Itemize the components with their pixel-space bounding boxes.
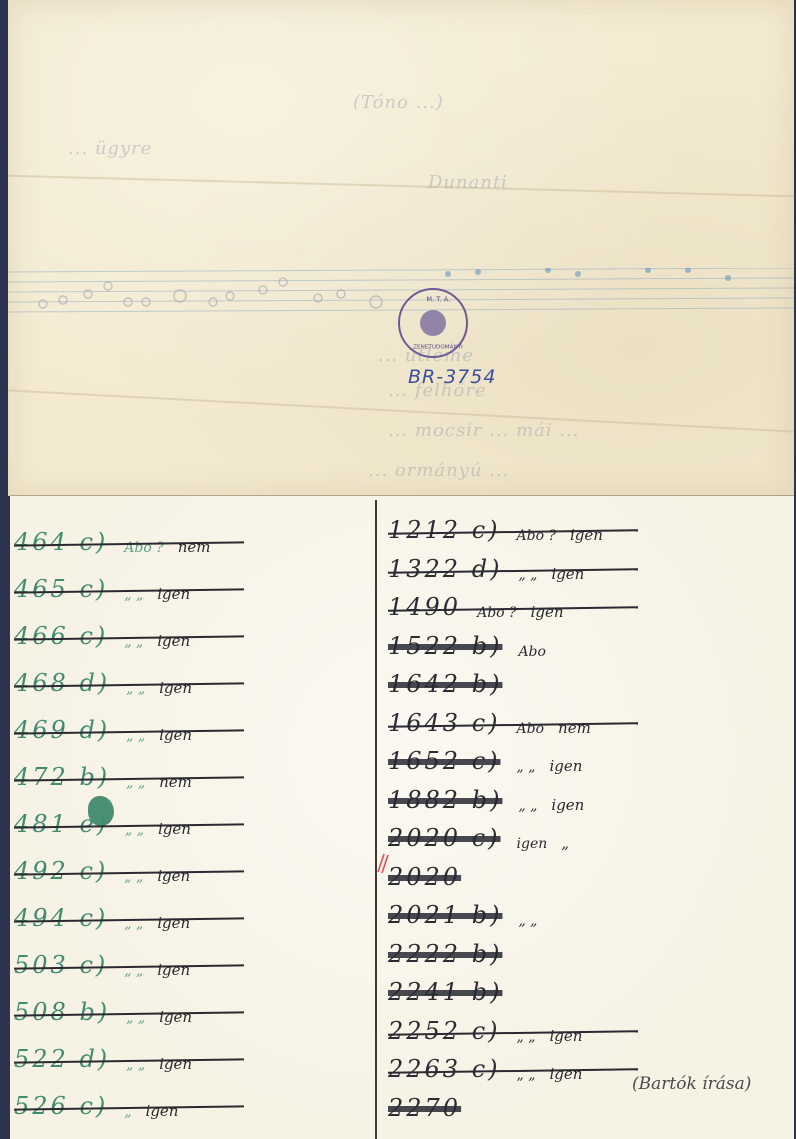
- entry-answer: igen: [549, 1065, 582, 1083]
- list-item: 503 c)„ „igen: [14, 953, 190, 979]
- entry-number: 472 b): [14, 763, 110, 791]
- entry-answer: igen: [159, 1055, 192, 1073]
- show-through-text: (Tóno ...): [353, 92, 444, 113]
- upper-sheet: (Tóno ...) ... ügyre Dunanti ... ütleme …: [8, 0, 794, 496]
- entry-answer: igen: [146, 1102, 179, 1120]
- entry-number: 1322 d): [388, 555, 502, 583]
- entry-number: 2020 c): [388, 824, 501, 852]
- entry-answer: igen: [157, 867, 190, 885]
- list-item: 2222 b): [388, 942, 532, 968]
- entry-number: 2263 c): [388, 1055, 501, 1083]
- entry-number: 466 c): [14, 622, 108, 650]
- entry-number: 1643 c): [388, 709, 501, 737]
- list-item: 1643 c)Abonem: [388, 711, 591, 737]
- list-item: 1652 c)„ „igen: [388, 749, 582, 775]
- list-item: 466 c)„ „igen: [14, 624, 190, 650]
- show-through-text: ... mocsir ... mái ...: [388, 420, 580, 441]
- entry-number: 1212 c): [388, 516, 501, 544]
- list-item: 2263 c)„ „igen: [388, 1057, 582, 1083]
- entry-answer: igen: [159, 679, 192, 697]
- entry-number: 1882 b): [388, 786, 502, 814]
- entry-note: „ „: [517, 759, 536, 775]
- list-item: 472 b)„ „nem: [14, 765, 192, 791]
- list-item: 464 c)Abo ?nem: [14, 530, 210, 556]
- svg-text:M. T. A.: M. T. A.: [426, 295, 450, 303]
- list-item: 2021 b)„ „: [388, 903, 551, 929]
- entry-answer: „: [561, 834, 569, 852]
- list-item: 1882 b)„ „igen: [388, 788, 584, 814]
- column-divider: [375, 500, 377, 1139]
- list-item: 469 d)„ „igen: [14, 718, 192, 744]
- entry-number: 2270: [388, 1094, 461, 1122]
- list-item: 468 d)„ „igen: [14, 671, 192, 697]
- red-check-mark: [376, 852, 390, 874]
- entry-number: 465 c): [14, 575, 108, 603]
- entry-number: 2222 b): [388, 940, 502, 968]
- entry-note: „ „: [518, 798, 537, 814]
- entry-number: 1490: [388, 593, 461, 621]
- entry-number: 481 e): [14, 810, 109, 838]
- entry-number: 503 c): [14, 951, 108, 979]
- entry-answer: igen: [158, 820, 191, 838]
- entry-number: 468 d): [14, 669, 110, 697]
- entry-answer: nem: [159, 773, 192, 791]
- entry-answer: igen: [551, 796, 584, 814]
- list-item: 2241 b): [388, 980, 532, 1006]
- entry-answer: igen: [549, 757, 582, 775]
- entry-number: 492 c): [14, 857, 108, 885]
- entry-number: 1522 b): [388, 632, 502, 660]
- list-item: 1522 b)Abo: [388, 634, 560, 660]
- entry-answer: igen: [549, 1027, 582, 1045]
- lower-sheet: 464 c)Abo ?nem465 c)„ „igen466 c)„ „igen…: [10, 496, 794, 1139]
- entry-answer: igen: [157, 914, 190, 932]
- entry-answer: igen: [570, 526, 603, 544]
- list-item: 522 d)„ „igen: [14, 1047, 192, 1073]
- entry-number: 494 c): [14, 904, 108, 932]
- list-item: 492 c)„ „igen: [14, 859, 190, 885]
- entry-number: 526 c): [14, 1092, 108, 1120]
- shelfmark: BR-3754: [408, 366, 496, 388]
- entry-answer: nem: [178, 538, 211, 556]
- entry-number: 2021 b): [388, 901, 502, 929]
- entry-answer: igen: [531, 603, 564, 621]
- list-item: 1322 d)„ „igen: [388, 557, 584, 583]
- list-item: 1490Abo ?igen: [388, 595, 563, 621]
- margin-note: (Bartók írása): [632, 1074, 751, 1094]
- entry-answer: igen: [157, 632, 190, 650]
- list-item: 2020: [388, 865, 491, 891]
- entry-number: 464 c): [14, 528, 108, 556]
- entry-answer: igen: [157, 585, 190, 603]
- list-item: 508 b)„ „igen: [14, 1000, 192, 1026]
- entry-answer: igen: [551, 565, 584, 583]
- entry-number: 2252 c): [388, 1017, 501, 1045]
- list-item: 2252 c)„ „igen: [388, 1019, 582, 1045]
- entry-answer: igen: [159, 1008, 192, 1026]
- entry-number: 469 d): [14, 716, 110, 744]
- list-item: 1212 c)Abo ?igen: [388, 518, 603, 544]
- paper-crease: [8, 175, 794, 198]
- entry-answer: igen: [157, 961, 190, 979]
- list-item: 1642 b): [388, 672, 532, 698]
- entry-number: 2020: [388, 863, 461, 891]
- show-through-text: ... ormányú ...: [368, 460, 509, 481]
- list-item: 481 e)„ „igen: [14, 812, 191, 838]
- entry-note: Abo: [518, 644, 546, 660]
- list-item: 494 c)„ „igen: [14, 906, 190, 932]
- list-item: 2270: [388, 1096, 491, 1122]
- show-through-text: ... ügyre: [68, 138, 152, 159]
- entry-number: 2241 b): [388, 978, 502, 1006]
- entry-answer: igen: [159, 726, 192, 744]
- show-through-text: Dunanti: [428, 172, 508, 193]
- entry-note: igen: [517, 836, 548, 852]
- entry-number: 508 b): [14, 998, 110, 1026]
- library-stamp: M. T. A. ZENETUDOMÁNYI: [398, 288, 468, 358]
- stamp-text: M. T. A. ZENETUDOMÁNYI: [400, 290, 466, 356]
- entry-number: 522 d): [14, 1045, 110, 1073]
- svg-text:ZENETUDOMÁNYI: ZENETUDOMÁNYI: [413, 343, 463, 350]
- entry-note: „ „: [518, 913, 537, 929]
- entry-answer: nem: [558, 719, 591, 737]
- list-item: 2020 c)igen„: [388, 826, 569, 852]
- entry-number: 1642 b): [388, 670, 502, 698]
- list-item: 526 c)„igen: [14, 1094, 178, 1120]
- entry-number: 1652 c): [388, 747, 501, 775]
- list-item: 465 c)„ „igen: [14, 577, 190, 603]
